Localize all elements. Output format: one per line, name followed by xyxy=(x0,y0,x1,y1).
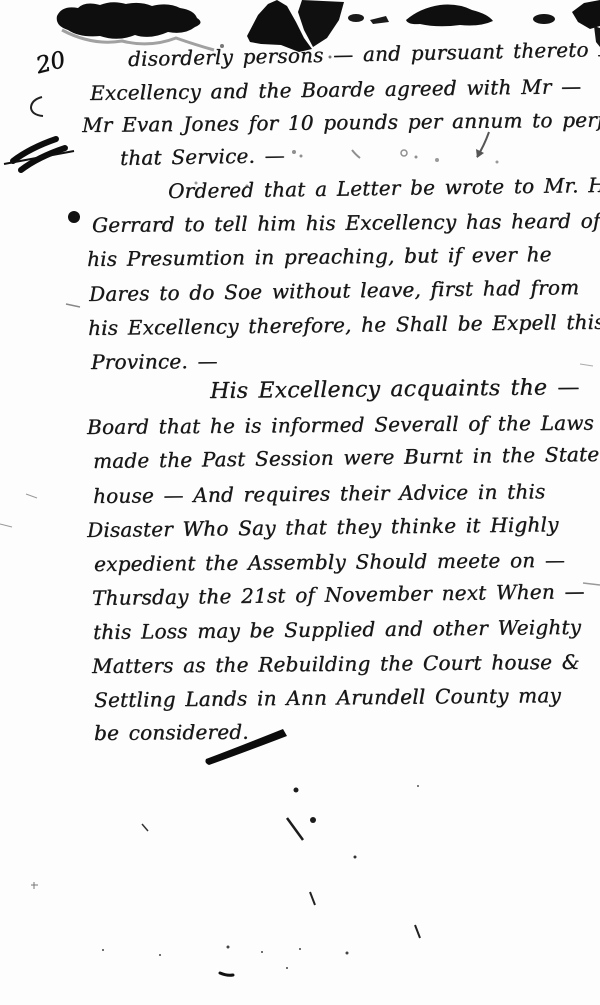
manuscript-line: that Service. — xyxy=(120,144,285,170)
ink-blob-top-left xyxy=(57,2,201,39)
manuscript-line: house — And requires their Advice in thi… xyxy=(93,480,546,508)
ghost-mark xyxy=(496,161,499,164)
manuscript-line: Province. — xyxy=(91,350,218,374)
paper-speck xyxy=(287,818,303,840)
manuscript-page: 20 disorderly persons — and pursuant the… xyxy=(0,0,600,1005)
paper-speck xyxy=(261,951,263,953)
ghost-mark xyxy=(435,158,439,162)
manuscript-line: expedient the Assembly Should meete on — xyxy=(94,549,565,576)
ink-blob-top-right-small xyxy=(533,14,555,24)
margin-dash-right xyxy=(583,583,600,585)
margin-dash xyxy=(26,494,37,498)
paper-speck xyxy=(294,788,299,793)
paper-speck xyxy=(227,946,230,949)
paper-speck xyxy=(220,973,233,975)
paper-speck xyxy=(415,925,420,938)
manuscript-line: his Presumtion in preaching, but if ever… xyxy=(87,243,552,271)
ghost-mark xyxy=(352,150,360,158)
ghost-mark xyxy=(292,150,296,154)
ghost-mark xyxy=(415,156,418,159)
margin-dash-right xyxy=(580,364,593,366)
margin-ink-dot xyxy=(68,211,80,223)
ink-blob-top-corner xyxy=(572,0,600,29)
paper-speck xyxy=(346,952,349,955)
margin-curl-mark xyxy=(31,97,43,116)
paper-speck xyxy=(310,892,315,905)
paper-speck xyxy=(310,817,316,823)
ink-smudge-small-2 xyxy=(370,16,389,24)
paper-speck xyxy=(299,948,301,950)
manuscript-line: His Excellency acquaints the — xyxy=(210,375,580,404)
ink-smudge-small-1 xyxy=(348,14,364,22)
paper-speck xyxy=(354,856,357,859)
paper-speck xyxy=(286,967,288,969)
paper-speck xyxy=(159,954,161,956)
ghost-mark xyxy=(300,155,303,158)
paper-speck xyxy=(102,949,104,951)
margin-dash xyxy=(66,304,80,307)
manuscript-line: Matters as the Rebuilding the Court hous… xyxy=(92,651,580,678)
ghost-mark xyxy=(401,150,407,156)
paper-speck xyxy=(31,882,38,889)
paper-speck xyxy=(142,824,148,831)
manuscript-line: Settling Lands in Ann Arundell County ma… xyxy=(94,684,561,712)
manuscript-line: be considered. xyxy=(94,721,249,745)
manuscript-line: Board that he is informed Severall of th… xyxy=(87,412,594,439)
ink-blob-top-mid xyxy=(406,5,493,27)
manuscript-line: Gerrard to tell him his Excellency has h… xyxy=(92,210,600,237)
margin-dash xyxy=(0,524,12,527)
paper-speck xyxy=(417,785,419,787)
